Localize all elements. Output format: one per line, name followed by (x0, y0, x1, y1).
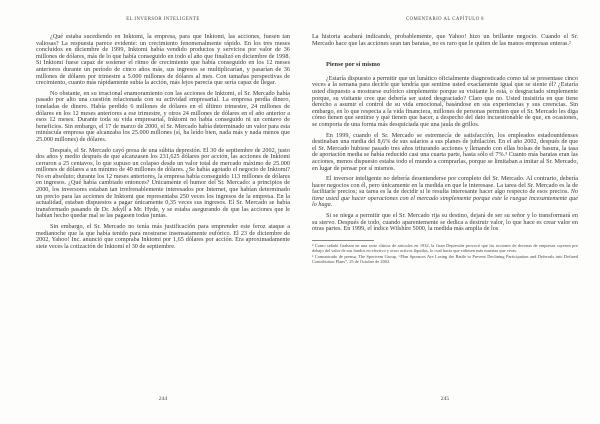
body-paragraph: Si se niega a permitir que el Sr. Mercad… (312, 213, 578, 233)
body-paragraph-continuation: La historia acabará indicando, probablem… (312, 34, 578, 47)
running-header-left: EL INVERSOR INTELIGENTE (36, 17, 290, 22)
right-page: COMENTARIO AL CAPÍTULO 8 La historia aca… (300, 0, 600, 424)
left-page: EL INVERSOR INTELIGENTE ¿Qué estaba suce… (0, 0, 300, 424)
right-page-text: La historia acabará indicando, probablem… (312, 34, 578, 233)
footnote: ³ Comunicado de prensa, The Spectrem Gro… (312, 254, 578, 264)
body-paragraph: No obstante, en su irracional enamoramie… (36, 91, 290, 144)
body-paragraph: Después, el Sr. Mercado cayó presa de un… (36, 148, 290, 221)
book-spread: EL INVERSOR INTELIGENTE ¿Qué estaba suce… (0, 0, 600, 424)
running-header-right: COMENTARIO AL CAPÍTULO 8 (312, 17, 578, 22)
footnote-separator (312, 240, 374, 241)
section-heading: Piense por sí mismo (326, 62, 578, 69)
body-paragraph: En 1999, cuando el Sr. Mercado se estrem… (312, 133, 578, 173)
footnote: ² Como señaló Graham en una serie clásic… (312, 243, 578, 253)
footnote-block: ² Como señaló Graham en una serie clásic… (312, 240, 578, 265)
body-paragraph: ¿Estaría dispuesto a permitir que un lun… (312, 76, 578, 129)
body-paragraph: Sin embargo, el Sr. Mercado no tenía más… (36, 224, 290, 250)
left-page-text: ¿Qué estaba sucediendo en Inktomi, la em… (36, 34, 290, 250)
page-number-right: 245 (312, 396, 578, 402)
page-number-left: 244 (36, 396, 290, 402)
paragraph-regular-segment: El inversor inteligente no debería desen… (312, 175, 578, 195)
body-paragraph: ¿Qué estaba sucediendo en Inktomi, la em… (36, 34, 290, 87)
body-paragraph-with-italic: El inversor inteligente no debería desen… (312, 176, 578, 209)
